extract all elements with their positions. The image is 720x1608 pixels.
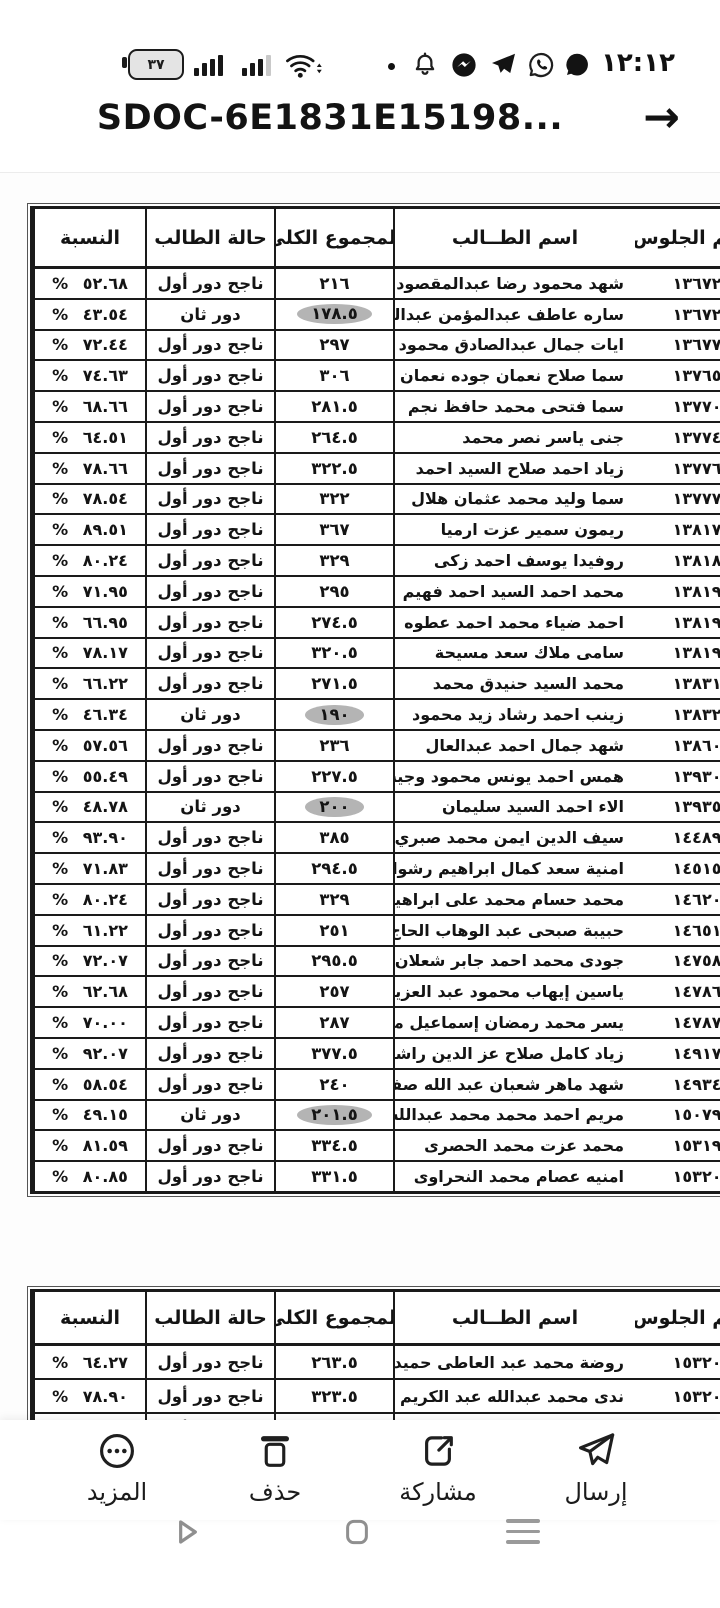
seat-number-cell: ١٣٨١٩٤٤ xyxy=(635,639,720,668)
status-cell: دور ثان xyxy=(145,1101,274,1130)
status-cell: ناجح دور أول xyxy=(145,1380,274,1412)
total-score-cell: ٢٩٧ xyxy=(274,331,393,360)
seat-number-cell: ١٤٧٥٨١٨ xyxy=(635,947,720,976)
total-score-value: ٣٢٩ xyxy=(319,890,349,909)
percentage-cell: ٨٠.٢٤ % xyxy=(33,885,145,914)
student-name-cell: شهد جمال احمد عبدالعال xyxy=(393,731,635,760)
percentage-cell: ٥٥.٤٩ % xyxy=(33,762,145,791)
total-score-cell: ٢٨١.٥ xyxy=(274,392,393,421)
total-score-cell: ٣٢٠.٥ xyxy=(274,639,393,668)
student-name-cell: محمد احمد السيد احمد فهيم xyxy=(393,577,635,606)
total-score-value: ٢٩٧ xyxy=(319,335,349,354)
student-name-cell: جودى محمد احمد جابر شعلان xyxy=(393,947,635,976)
battery-level: ٣٧ xyxy=(147,57,164,73)
delete-icon xyxy=(254,1430,296,1472)
document-title: SDOC-6E1831E15198... xyxy=(40,98,620,138)
percentage-cell: ٦٦.٢٢ % xyxy=(33,669,145,698)
table-row: ١٣٨٣٢٢٧ زينب احمد رشاد زيد محمود ١٩٠ دور… xyxy=(33,698,720,729)
student-name-cell: امنيه عصام محمد النحراوى xyxy=(393,1162,635,1191)
percentage-cell: ٦٦.٩٥ % xyxy=(33,608,145,637)
percentage-cell: ٧١.٩٥ % xyxy=(33,577,145,606)
table-row: ١٣٨١٩٤٤ سامى ملاك سعد مسيحة ٣٢٠.٥ ناجح د… xyxy=(33,637,720,668)
android-nav-bar xyxy=(0,1505,720,1575)
chat-icon xyxy=(562,50,592,80)
delete-button[interactable]: حذف xyxy=(215,1430,335,1506)
seat-number-cell: ١٥٣٢٠١٤ xyxy=(635,1162,720,1191)
table-row: ١٣٨١٩٤٣ احمد ضياء محمد احمد عطوه ٢٧٤.٥ ن… xyxy=(33,606,720,637)
status-cell: دور ثان xyxy=(145,300,274,329)
seat-number-cell: ١٤٩٣٤٧٧ xyxy=(635,1070,720,1099)
total-score-cell: ٣٦٧ xyxy=(274,515,393,544)
status-cell: ناجح دور أول xyxy=(145,731,274,760)
percentage-cell: ٥٢.٦٨ % xyxy=(33,269,145,298)
student-name-cell: محمد حسام محمد على ابراهيم الغبارى xyxy=(393,885,635,914)
forward-arrow-icon[interactable]: → xyxy=(643,90,680,146)
table-header-row: رقم الجلوس اسم الطــالب المجموع الكلى حا… xyxy=(33,1292,720,1344)
table-row: ١٣٧٧٤٢١ جنى ياسر نصر محمد ٢٦٤.٥ ناجح دور… xyxy=(33,421,720,452)
header-total-score: المجموع الكلى xyxy=(274,1292,393,1343)
total-score-value: ٣٢٣.٥ xyxy=(311,1387,358,1406)
status-cell: ناجح دور أول xyxy=(145,546,274,575)
total-score-cell: ٣٣٤.٥ xyxy=(274,1131,393,1160)
total-score-cell: ٢٩٤.٥ xyxy=(274,854,393,883)
total-score-cell: ٢٢٧.٥ xyxy=(274,762,393,791)
title-bar: SDOC-6E1831E15198... → xyxy=(0,88,720,160)
student-name-cell: ساره عاطف عبدالمؤمن عبدالحليم محمود xyxy=(393,300,635,329)
percentage-cell: ٧٠.٠٠ % xyxy=(33,1008,145,1037)
status-cell: ناجح دور أول xyxy=(145,423,274,452)
total-score-value: ٢٥٧ xyxy=(319,982,349,1001)
table-row: ١٤٩٣٤٧٧ شهد ماهر شعبان عبد الله صفار ٢٤٠… xyxy=(33,1068,720,1099)
seat-number-cell: ١٣٨١٩٢٩ xyxy=(635,577,720,606)
percentage-cell: ٦٤.٢٧ % xyxy=(33,1346,145,1378)
seat-number-cell: ١٣٨١٩٤٣ xyxy=(635,608,720,637)
percentage-cell: ٧٢.٠٧ % xyxy=(33,947,145,976)
status-bar: ٣٧ ١٢:١٢ xyxy=(0,22,720,68)
percentage-cell: ٦٢.٦٨ % xyxy=(33,977,145,1006)
seat-number-cell: ١٤٦٢٠٨٩ xyxy=(635,885,720,914)
total-score-cell: ٣٢٢ xyxy=(274,485,393,514)
status-cell: ناجح دور أول xyxy=(145,1039,274,1068)
percentage-cell: ٥٨.٥٤ % xyxy=(33,1070,145,1099)
seat-number-cell: ١٤٦٥١٣٧ xyxy=(635,916,720,945)
status-cell: ناجح دور أول xyxy=(145,1131,274,1160)
table-row: ١٤٦٢٠٨٩ محمد حسام محمد على ابراهيم الغبا… xyxy=(33,883,720,914)
status-cell: ناجح دور أول xyxy=(145,885,274,914)
total-score-cell: ٢٦٤.٥ xyxy=(274,423,393,452)
total-score-cell: ٢٥١ xyxy=(274,916,393,945)
percentage-cell: ٧١.٨٣ % xyxy=(33,854,145,883)
percentage-cell: ٧٨.٦٦ % xyxy=(33,454,145,483)
seat-number-cell: ١٤٧٨٦٥٧ xyxy=(635,977,720,1006)
total-score-cell: ٢٠١.٥ xyxy=(274,1101,393,1130)
header-seat-number: رقم الجلوس xyxy=(635,209,720,266)
total-score-value: ٢٨٧ xyxy=(319,1013,349,1032)
seat-number-cell: ١٣٧٧٠١١ xyxy=(635,392,720,421)
total-score-cell: ٣٢٣.٥ xyxy=(274,1380,393,1412)
table-row: ١٤٥١٥٨٢ امنية سعد كمال ابراهيم رشوان ٢٩٤… xyxy=(33,852,720,883)
seat-number-cell: ١٣٧٧٤٢١ xyxy=(635,423,720,452)
student-name-cell: شهد محمود رضا عبدالمقصود xyxy=(393,269,635,298)
more-button[interactable]: المزيد xyxy=(57,1430,177,1506)
student-name-cell: امنية سعد كمال ابراهيم رشوان xyxy=(393,854,635,883)
status-cell: ناجح دور أول xyxy=(145,762,274,791)
student-name-cell: سما صلاح نعمان جوده نعمان xyxy=(393,361,635,390)
percentage-cell: ٤٨.٧٨ % xyxy=(33,793,145,822)
total-score-cell: ١٩٠ xyxy=(274,700,393,729)
percentage-cell: ٤٣.٥٤ % xyxy=(33,300,145,329)
student-name-cell: زياد كامل صلاح عز الدين راشد xyxy=(393,1039,635,1068)
status-cell: ناجح دور أول xyxy=(145,485,274,514)
status-cell: ناجح دور أول xyxy=(145,1346,274,1378)
total-score-cell: ٢٠٠ xyxy=(274,793,393,822)
student-name-cell: سما وليد محمد عثمان هلال xyxy=(393,485,635,514)
student-name-cell: سامى ملاك سعد مسيحة xyxy=(393,639,635,668)
table-row: ١٤٤٨٩٤٥ سيف الدين ايمن محمد صبري شعبان ن… xyxy=(33,821,720,852)
seat-number-cell: ١٣٦٧٢٦٠ xyxy=(635,269,720,298)
total-score-value: ٣٢٢ xyxy=(319,489,349,508)
seat-number-cell: ١٥٠٧٩٨٠ xyxy=(635,1101,720,1130)
header-percentage: النسبة xyxy=(33,1292,145,1343)
notification-dot xyxy=(388,63,395,70)
status-cell: ناجح دور أول xyxy=(145,977,274,1006)
student-name-cell: احمد ضياء محمد احمد عطوه xyxy=(393,608,635,637)
percentage-cell: ٤٦.٣٤ % xyxy=(33,700,145,729)
total-score-cell: ٣٢٢.٥ xyxy=(274,454,393,483)
total-score-cell: ٣٢٩ xyxy=(274,546,393,575)
table-row: ١٣٨٦٠٥٧ شهد جمال احمد عبدالعال ٢٣٦ ناجح … xyxy=(33,729,720,760)
total-score-value: ٣٢٠.٥ xyxy=(311,643,358,662)
student-name-cell: محمد السيد حنيدق محمد xyxy=(393,669,635,698)
seat-number-cell: ١٥٣٢٠٥١ xyxy=(635,1380,720,1412)
student-name-cell: سيف الدين ايمن محمد صبري شعبان نخال xyxy=(393,823,635,852)
seat-number-cell: ١٥٣١٩٦٧ xyxy=(635,1131,720,1160)
student-name-cell: زينب احمد رشاد زيد محمود xyxy=(393,700,635,729)
header-percentage: النسبة xyxy=(33,209,145,266)
total-score-cell: ٢٩٥ xyxy=(274,577,393,606)
total-score-value: ٢٠١.٥ xyxy=(297,1105,372,1125)
seat-number-cell: ١٤٤٨٩٤٥ xyxy=(635,823,720,852)
student-name-cell: ريمون سمير عزت ارميا xyxy=(393,515,635,544)
total-score-cell: ٢١٦ xyxy=(274,269,393,298)
student-name-cell: شهد ماهر شعبان عبد الله صفار xyxy=(393,1070,635,1099)
seat-number-cell: ١٣٧٦٥٢٠ xyxy=(635,361,720,390)
seat-number-cell: ١٣٨٣٢٢٧ xyxy=(635,700,720,729)
table-row: ١٤٦٥١٣٧ حبيبة صبحى عبد الوهاب الحاج ٢٥١ … xyxy=(33,914,720,945)
header-student-status: حالة الطالب xyxy=(145,1292,274,1343)
status-cell: ناجح دور أول xyxy=(145,1008,274,1037)
table-row: ١٣٩٣٥٦٧ الاء احمد السيد سليمان ٢٠٠ دور ث… xyxy=(33,791,720,822)
share-icon xyxy=(417,1430,459,1472)
total-score-value: ٣٧٧.٥ xyxy=(311,1044,358,1063)
status-cell: ناجح دور أول xyxy=(145,515,274,544)
total-score-value: ٢٢٧.٥ xyxy=(311,767,358,786)
table-row: ١٣٩٣٠٨٣ همس احمد يونس محمود وجيه ٢٢٧.٥ ن… xyxy=(33,760,720,791)
seat-number-cell: ١٣٩٣٠٨٣ xyxy=(635,762,720,791)
status-cell: ناجح دور أول xyxy=(145,916,274,945)
total-score-value: ٢١٦ xyxy=(319,274,349,293)
table-row: ١٣٦٧٧١٩ ايات جمال عبدالصادق محمود عامر ٢… xyxy=(33,329,720,360)
student-name-cell: جنى ياسر نصر محمد xyxy=(393,423,635,452)
student-name-cell: ندى محمد عبدالله عبد الكريم xyxy=(393,1380,635,1412)
seat-number-cell: ١٥٣٢٠٢٨ xyxy=(635,1346,720,1378)
seat-number-cell: ١٣٨١٧٧٧ xyxy=(635,515,720,544)
total-score-value: ١٩٠ xyxy=(305,705,363,725)
total-score-cell: ٢٥٧ xyxy=(274,977,393,1006)
status-cell: دور ثان xyxy=(145,700,274,729)
table-row: ١٣٧٦٥٢٠ سما صلاح نعمان جوده نعمان ٣٠٦ نا… xyxy=(33,359,720,390)
percentage-cell: ٩٢.٠٧ % xyxy=(33,1039,145,1068)
seat-number-cell: ١٣٨٣١٨٠ xyxy=(635,669,720,698)
telegram-icon xyxy=(488,50,518,80)
send-icon xyxy=(575,1430,617,1472)
send-button[interactable]: إرسال xyxy=(536,1430,656,1506)
total-score-cell: ٣٧٧.٥ xyxy=(274,1039,393,1068)
back-icon[interactable] xyxy=(170,1515,202,1549)
status-cell: ناجح دور أول xyxy=(145,823,274,852)
total-score-cell: ٢٣٦ xyxy=(274,731,393,760)
status-cell: ناجح دور أول xyxy=(145,454,274,483)
status-cell: ناجح دور أول xyxy=(145,947,274,976)
signal2-icon xyxy=(242,55,271,76)
student-name-cell: ياسين إيهاب محمود عبد العزيز محمد xyxy=(393,977,635,1006)
total-score-value: ٣٣١.٥ xyxy=(311,1167,358,1186)
percentage-cell: ٦٨.٦٦ % xyxy=(33,392,145,421)
table-row: ١٤٧٥٨١٨ جودى محمد احمد جابر شعلان ٢٩٥.٥ … xyxy=(33,945,720,976)
seat-number-cell: ١٤٩١٧٠٦ xyxy=(635,1039,720,1068)
seat-number-cell: ١٣٦٧٧١٩ xyxy=(635,331,720,360)
total-score-cell: ٢٧٤.٥ xyxy=(274,608,393,637)
total-score-value: ٢٦٣.٥ xyxy=(311,1353,358,1372)
wifi-icon xyxy=(284,48,322,82)
percentage-cell: ٧٢.٤٤ % xyxy=(33,331,145,360)
more-icon xyxy=(96,1430,138,1472)
results-table-2: رقم الجلوس اسم الطــالب المجموع الكلى حا… xyxy=(30,1289,720,1421)
share-button[interactable]: مشاركة xyxy=(378,1430,498,1506)
table-row: ١٣٨٣١٨٠ محمد السيد حنيدق محمد ٢٧١.٥ ناجح… xyxy=(33,667,720,698)
messenger-icon xyxy=(449,50,479,80)
header-total-score: المجموع الكلى xyxy=(274,209,393,266)
clock-time: ١٢:١٢ xyxy=(598,48,678,78)
percentage-cell: ٩٣.٩٠ % xyxy=(33,823,145,852)
table-row: ١٣٨١٨٢١ روفيدا يوسف احمد زكى ٣٢٩ ناجح دو… xyxy=(33,544,720,575)
table-row: ١٤٧٨٦٥٧ ياسين إيهاب محمود عبد العزيز محم… xyxy=(33,975,720,1006)
delete-label: حذف xyxy=(215,1478,335,1506)
seat-number-cell: ١٣٨١٨٢١ xyxy=(635,546,720,575)
total-score-cell: ٣٣١.٥ xyxy=(274,1162,393,1191)
table-row: ١٥٣٢٠١٤ امنيه عصام محمد النحراوى ٣٣١.٥ ن… xyxy=(33,1160,720,1191)
seat-number-cell: ١٣٧٧٧٥٨ xyxy=(635,485,720,514)
header-student-name: اسم الطــالب xyxy=(393,209,635,266)
status-cell: ناجح دور أول xyxy=(145,1070,274,1099)
total-score-value: ٢٩٥ xyxy=(319,582,349,601)
total-score-value: ٣٢٢.٥ xyxy=(311,459,358,478)
share-label: مشاركة xyxy=(378,1478,498,1506)
total-score-cell: ٢٦٣.٥ xyxy=(274,1346,393,1378)
student-name-cell: الاء احمد السيد سليمان xyxy=(393,793,635,822)
status-cell: ناجح دور أول xyxy=(145,669,274,698)
percentage-cell: ٧٨.٥٤ % xyxy=(33,485,145,514)
seat-number-cell: ١٤٥١٥٨٢ xyxy=(635,854,720,883)
percentage-cell: ٧٨.١٧ % xyxy=(33,639,145,668)
header-student-name: اسم الطــالب xyxy=(393,1292,635,1343)
percentage-cell: ٥٧.٥٦ % xyxy=(33,731,145,760)
percentage-cell: ٨٠.٨٥ % xyxy=(33,1162,145,1191)
total-score-value: ٣٠٦ xyxy=(319,366,349,385)
table-row: ١٣٦٧٢٧٧ ساره عاطف عبدالمؤمن عبدالحليم مح… xyxy=(33,298,720,329)
header-student-status: حالة الطالب xyxy=(145,209,274,266)
total-score-cell: ٢٩٥.٥ xyxy=(274,947,393,976)
signal-icon xyxy=(194,55,223,76)
table-row: ١٥٣٢٠٥١ ندى محمد عبدالله عبد الكريم ٣٢٣.… xyxy=(33,1378,720,1412)
total-score-value: ٢٨١.٥ xyxy=(311,397,358,416)
seat-number-cell: ١٤٧٨٧٤٧ xyxy=(635,1008,720,1037)
student-name-cell: زياد احمد صلاح السيد احمد xyxy=(393,454,635,483)
table-row: ١٤٧٨٧٤٧ يسر محمد رمضان إسماعيل متولى الح… xyxy=(33,1006,720,1037)
percentage-cell: ٤٩.١٥ % xyxy=(33,1101,145,1130)
table-row: ١٤٩١٧٠٦ زياد كامل صلاح عز الدين راشد ٣٧٧… xyxy=(33,1037,720,1068)
total-score-cell: ٣٠٦ xyxy=(274,361,393,390)
total-score-value: ١٧٨.٥ xyxy=(297,304,372,324)
seat-number-cell: ١٣٦٧٢٧٧ xyxy=(635,300,720,329)
status-cell: ناجح دور أول xyxy=(145,361,274,390)
student-name-cell: مريم احمد محمد محمد عبدالله حسان xyxy=(393,1101,635,1130)
total-score-cell: ٢٧١.٥ xyxy=(274,669,393,698)
status-cell: ناجح دور أول xyxy=(145,269,274,298)
status-cell: ناجح دور أول xyxy=(145,577,274,606)
percentage-cell: ٧٤.٦٣ % xyxy=(33,361,145,390)
total-score-value: ٢٥١ xyxy=(319,921,349,940)
total-score-value: ٢٩٥.٥ xyxy=(311,951,358,970)
recents-icon[interactable] xyxy=(506,1519,540,1544)
total-score-value: ٢٣٦ xyxy=(319,736,349,755)
table-row: ١٣٧٧٧٥٨ سما وليد محمد عثمان هلال ٣٢٢ ناج… xyxy=(33,483,720,514)
percentage-cell: ٦٤.٥١ % xyxy=(33,423,145,452)
table-row: ١٥٣١٩٦٧ محمد عزت محمد الحصرى ٣٣٤.٥ ناجح … xyxy=(33,1129,720,1160)
table-row: ١٣٧٧٠١١ سما فتحى محمد حافظ نجم ٢٨١.٥ ناج… xyxy=(33,390,720,421)
total-score-value: ٢٦٤.٥ xyxy=(311,428,358,447)
total-score-value: ٣٨٥ xyxy=(319,828,349,847)
seat-number-cell: ١٣٧٧٦٩٢ xyxy=(635,454,720,483)
percentage-cell: ٨١.٥٩ % xyxy=(33,1131,145,1160)
total-score-value: ٢٧١.٥ xyxy=(311,674,358,693)
percentage-cell: ٧٨.٩٠ % xyxy=(33,1380,145,1412)
battery-icon: ٣٧ xyxy=(128,49,184,80)
header-seat-number: رقم الجلوس xyxy=(635,1292,720,1343)
table-row: ١٣٦٧٢٦٠ شهد محمود رضا عبدالمقصود ٢١٦ ناج… xyxy=(33,267,720,298)
status-cell: ناجح دور أول xyxy=(145,639,274,668)
total-score-value: ٢٧٤.٥ xyxy=(311,613,358,632)
percentage-cell: ٨٠.٢٤ % xyxy=(33,546,145,575)
table-row: ١٣٨١٩٢٩ محمد احمد السيد احمد فهيم ٢٩٥ نا… xyxy=(33,575,720,606)
student-name-cell: ايات جمال عبدالصادق محمود عامر xyxy=(393,331,635,360)
total-score-value: ٢٤٠ xyxy=(319,1075,349,1094)
total-score-value: ٣٣٤.٥ xyxy=(311,1136,358,1155)
status-cell: دور ثان xyxy=(145,793,274,822)
total-score-value: ٢٠٠ xyxy=(305,797,363,817)
table-row: ١٥٠٧٩٨٠ مريم احمد محمد محمد عبدالله حسان… xyxy=(33,1099,720,1130)
status-cell: ناجح دور أول xyxy=(145,1162,274,1191)
total-score-cell: ٣٢٩ xyxy=(274,885,393,914)
status-cell: ناجح دور أول xyxy=(145,608,274,637)
table-header-row: رقم الجلوس اسم الطــالب المجموع الكلى حا… xyxy=(33,209,720,267)
status-cell: ناجح دور أول xyxy=(145,854,274,883)
total-score-value: ٣٦٧ xyxy=(319,520,349,539)
results-table-1: رقم الجلوس اسم الطــالب المجموع الكلى حا… xyxy=(30,206,720,1194)
student-name-cell: سما فتحى محمد حافظ نجم xyxy=(393,392,635,421)
status-cell: ناجح دور أول xyxy=(145,331,274,360)
total-score-cell: ٢٤٠ xyxy=(274,1070,393,1099)
seat-number-cell: ١٣٩٣٥٦٧ xyxy=(635,793,720,822)
more-label: المزيد xyxy=(57,1478,177,1506)
send-label: إرسال xyxy=(536,1478,656,1506)
seat-number-cell: ١٣٨٦٠٥٧ xyxy=(635,731,720,760)
total-score-cell: ١٧٨.٥ xyxy=(274,300,393,329)
alarm-icon xyxy=(410,50,440,80)
student-name-cell: همس احمد يونس محمود وجيه xyxy=(393,762,635,791)
table-row: ١٣٨١٧٧٧ ريمون سمير عزت ارميا ٣٦٧ ناجح دو… xyxy=(33,513,720,544)
student-name-cell: حبيبة صبحى عبد الوهاب الحاج xyxy=(393,916,635,945)
total-score-value: ٣٢٩ xyxy=(319,551,349,570)
student-name-cell: يسر محمد رمضان إسماعيل متولى الحصرى xyxy=(393,1008,635,1037)
percentage-cell: ٦١.٢٢ % xyxy=(33,916,145,945)
total-score-value: ٢٩٤.٥ xyxy=(311,859,358,878)
home-icon[interactable] xyxy=(342,1515,372,1549)
status-cell: ناجح دور أول xyxy=(145,392,274,421)
table-row: ١٥٣٢٠٢٨ روضة محمد عبد العاطى حميده ٢٦٣.٥… xyxy=(33,1344,720,1378)
table-row: ١٣٧٧٦٩٢ زياد احمد صلاح السيد احمد ٣٢٢.٥ … xyxy=(33,452,720,483)
student-name-cell: روفيدا يوسف احمد زكى xyxy=(393,546,635,575)
percentage-cell: ٨٩.٥١ % xyxy=(33,515,145,544)
total-score-cell: ٢٨٧ xyxy=(274,1008,393,1037)
student-name-cell: محمد عزت محمد الحصرى xyxy=(393,1131,635,1160)
total-score-cell: ٣٨٥ xyxy=(274,823,393,852)
student-name-cell: روضة محمد عبد العاطى حميده xyxy=(393,1346,635,1378)
document-page[interactable]: رقم الجلوس اسم الطــالب المجموع الكلى حا… xyxy=(0,172,720,1421)
whatsapp-icon xyxy=(526,50,556,80)
